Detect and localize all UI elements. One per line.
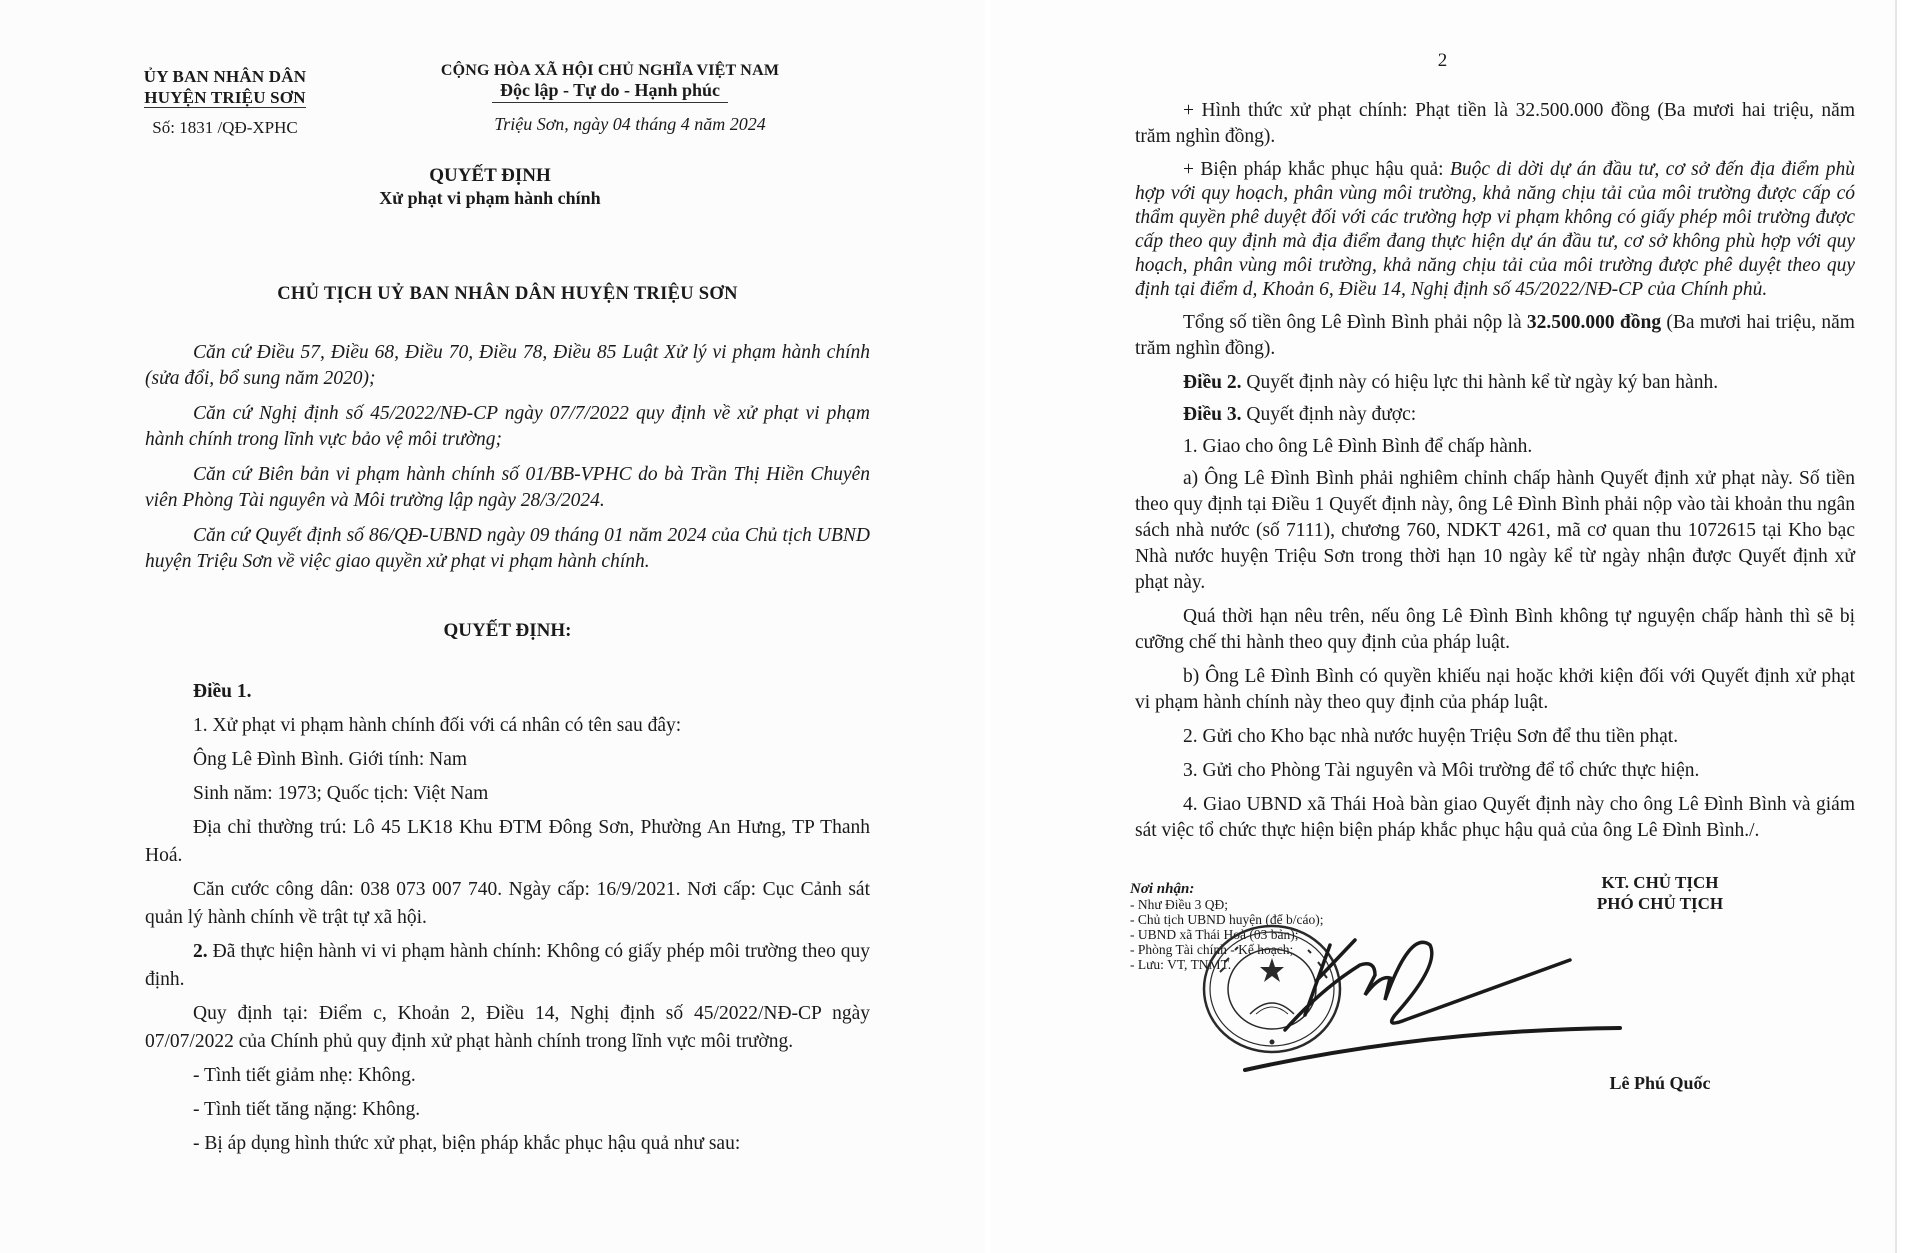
- decision-heading: QUYẾT ĐỊNH:: [145, 620, 870, 642]
- agency-name: HUYỆN TRIỆU SƠN: [144, 88, 305, 108]
- total-prefix: Tổng số tiền ông Lê Đình Bình phải nộp l…: [1183, 312, 1527, 333]
- page-number: 2: [990, 50, 1895, 72]
- document-number: Số: 1831 /QĐ-XPHC: [120, 118, 330, 138]
- article-3: Điều 3. Quyết định này được:: [1135, 402, 1855, 428]
- signer-title-2: PHÓ CHỦ TỊCH: [1510, 893, 1810, 914]
- recipients-heading: Nơi nhận:: [1130, 882, 1430, 897]
- article-3-label: Điều 3.: [1183, 404, 1242, 425]
- handwritten-signature-icon: [1225, 920, 1725, 1090]
- article-1-item-1: 1. Xử phạt vi phạm hành chính đối với cá…: [145, 712, 870, 740]
- national-motto: Độc lập - Tự do - Hạnh phúc: [492, 80, 728, 103]
- article-3-item-1b: b) Ông Lê Đình Bình có quyền khiếu nại h…: [1135, 664, 1855, 716]
- legal-basis: Căn cứ Quyết định số 86/QĐ-UBND ngày 09 …: [145, 523, 870, 575]
- signer-titles: KT. CHỦ TỊCH PHÓ CHỦ TỊCH: [1510, 872, 1810, 914]
- legal-basis: Căn cứ Biên bản vi phạm hành chính số 01…: [145, 462, 870, 514]
- article-3-item-2: 2. Gửi cho Kho bạc nhà nước huyện Triệu …: [1135, 724, 1855, 750]
- offender-birth: Sinh năm: 1973; Quốc tịch: Việt Nam: [145, 780, 870, 808]
- article-2: Điều 2. Quyết định này có hiệu lực thi h…: [1135, 370, 1855, 396]
- overdue-enforcement: Quá thời hạn nêu trên, nếu ông Lê Đình B…: [1135, 604, 1855, 656]
- applied-penalties: - Bị áp dụng hình thức xử phạt, biện phá…: [145, 1130, 870, 1158]
- article-3-item-4: 4. Giao UBND xã Thái Hoà bàn giao Quyết …: [1135, 792, 1855, 844]
- article-1-heading: Điều 1.: [145, 678, 870, 706]
- total-fine: Tổng số tiền ông Lê Đình Bình phải nộp l…: [1135, 310, 1855, 362]
- document-page-1: ỦY BAN NHÂN DÂN HUYỆN TRIỆU SƠN Số: 1831…: [0, 0, 985, 1253]
- total-amount: 32.500.000 đồng: [1527, 312, 1661, 333]
- article-3-text: Quyết định này được:: [1242, 404, 1417, 425]
- national-header: CỘNG HÒA XÃ HỘI CHỦ NGHĨA VIỆT NAM: [400, 60, 820, 81]
- violation-text: Đã thực hiện hành vi vi phạm hành chính:…: [145, 941, 870, 990]
- article-3-item-1a: a) Ông Lê Đình Bình phải nghiêm chỉnh ch…: [1135, 466, 1855, 596]
- national-motto-wrap: Độc lập - Tự do - Hạnh phúc: [400, 80, 820, 101]
- legal-basis: Căn cứ Điều 57, Điều 68, Điều 70, Điều 7…: [145, 340, 870, 392]
- document-title: QUYẾT ĐỊNH: [250, 165, 730, 187]
- article-2-label: Điều 2.: [1183, 372, 1242, 393]
- agency-line-1: ỦY BAN NHÂN DÂN: [120, 66, 330, 87]
- regulation-reference: Quy định tại: Điểm c, Khoản 2, Điều 14, …: [145, 1000, 870, 1056]
- aggravating-circumstances: - Tình tiết tăng nặng: Không.: [145, 1096, 870, 1124]
- signer-name: Lê Phú Quốc: [1510, 1073, 1810, 1094]
- mitigating-circumstances: - Tình tiết giảm nhẹ: Không.: [145, 1062, 870, 1090]
- offender-id: Căn cước công dân: 038 073 007 740. Ngày…: [145, 876, 870, 932]
- issuing-agency: ỦY BAN NHÂN DÂN HUYỆN TRIỆU SƠN: [120, 66, 330, 108]
- national-title: CỘNG HÒA XÃ HỘI CHỦ NGHĨA VIỆT NAM: [400, 60, 820, 81]
- remedial-measure: + Biện pháp khắc phục hậu quả: Buộc di d…: [1135, 158, 1855, 302]
- article-3-item-3: 3. Gửi cho Phòng Tài nguyên và Môi trườn…: [1135, 758, 1855, 784]
- signer-title-1: KT. CHỦ TỊCH: [1510, 872, 1810, 893]
- document-page-2: 2 + Hình thức xử phạt chính: Phạt tiền l…: [990, 0, 1897, 1253]
- issuing-authority: CHỦ TỊCH UỶ BAN NHÂN DÂN HUYỆN TRIỆU SƠN: [145, 284, 870, 305]
- main-penalty: + Hình thức xử phạt chính: Phạt tiền là …: [1135, 98, 1855, 150]
- article-2-text: Quyết định này có hiệu lực thi hành kể t…: [1242, 372, 1719, 393]
- agency-line-2: HUYỆN TRIỆU SƠN: [120, 87, 330, 108]
- article-1-item-2: 2. Đã thực hiện hành vi vi phạm hành chí…: [145, 938, 870, 994]
- article-3-item-1: 1. Giao cho ông Lê Đình Bình để chấp hàn…: [1135, 434, 1855, 460]
- place-date: Triệu Sơn, ngày 04 tháng 4 năm 2024: [420, 114, 840, 135]
- legal-bases: Căn cứ Điều 57, Điều 68, Điều 70, Điều 7…: [145, 340, 870, 584]
- item-number: 2.: [193, 941, 208, 962]
- penalty-section: + Hình thức xử phạt chính: Phạt tiền là …: [1135, 98, 1855, 852]
- recipient-item: - Như Điều 3 QĐ;: [1130, 897, 1430, 912]
- legal-basis: Căn cứ Nghị định số 45/2022/NĐ-CP ngày 0…: [145, 401, 870, 453]
- offender-name: Ông Lê Đình Bình. Giới tính: Nam: [145, 746, 870, 774]
- article-1: Điều 1. 1. Xử phạt vi phạm hành chính đố…: [145, 678, 870, 1164]
- remedial-text: Buộc di dời dự án đầu tư, cơ sở đến địa …: [1135, 159, 1855, 300]
- document-subtitle: Xử phạt vi phạm hành chính: [250, 188, 730, 209]
- remedial-label: + Biện pháp khắc phục hậu quả:: [1183, 159, 1450, 180]
- offender-address: Địa chỉ thường trú: Lô 45 LK18 Khu ĐTM Đ…: [145, 814, 870, 870]
